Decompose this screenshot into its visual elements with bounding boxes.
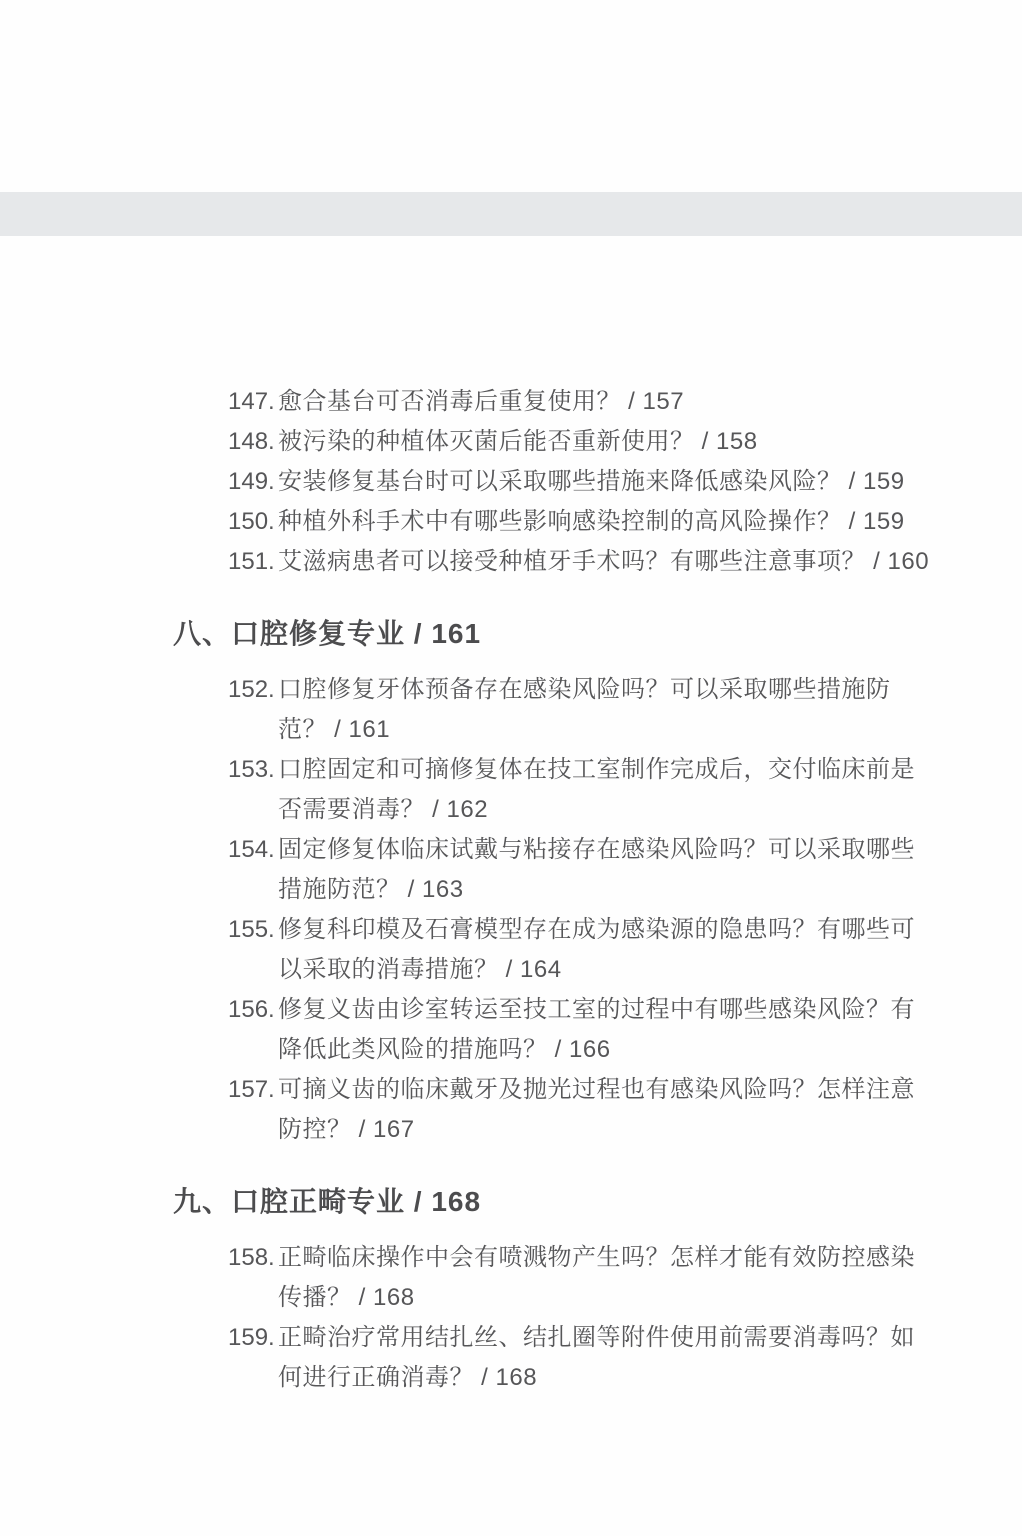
item-number: 156.	[228, 990, 278, 1070]
toc-item: 147. 愈合基台可否消毒后重复使用？ / 157	[228, 382, 1022, 422]
item-number: 154.	[228, 830, 278, 910]
section-heading-prosthodontics: 八、口腔修复专业 / 161	[173, 614, 1022, 654]
toc-item: 151. 艾滋病患者可以接受种植牙手术吗？有哪些注意事项？ / 160	[228, 542, 1022, 582]
item-text: 种植外科手术中有哪些影响感染控制的高风险操作？ / 159	[278, 508, 905, 535]
page-top-divider-band	[0, 192, 1022, 236]
toc-group: 九、口腔正畸专业 / 168 158. 正畸临床操作中会有喷溅物产生吗？怎样才能…	[173, 1182, 1022, 1398]
toc-item: 159. 正畸治疗常用结扎丝、结扎圈等附件使用前需要消毒吗？如 何进行正确消毒？…	[228, 1318, 1022, 1398]
item-text: 固定修复体临床试戴与粘接存在感染风险吗？可以采取哪些	[278, 830, 1022, 870]
item-text: 艾滋病患者可以接受种植牙手术吗？有哪些注意事项？ / 160	[278, 548, 929, 575]
item-number: 151.	[228, 542, 278, 582]
item-text: 口腔修复牙体预备存在感染风险吗？可以采取哪些措施防	[278, 670, 1022, 710]
toc-item: 154. 固定修复体临床试戴与粘接存在感染风险吗？可以采取哪些 措施防范？ / …	[228, 830, 1022, 910]
item-number: 155.	[228, 910, 278, 990]
item-text: 修复义齿由诊室转运至技工室的过程中有哪些感染风险？有	[278, 990, 1022, 1030]
item-number: 159.	[228, 1318, 278, 1398]
item-number: 148.	[228, 422, 278, 462]
table-of-contents: 147. 愈合基台可否消毒后重复使用？ / 157 148. 被污染的种植体灭菌…	[0, 382, 1022, 1398]
item-text: 措施防范？ / 163	[278, 870, 1022, 910]
item-number: 158.	[228, 1238, 278, 1318]
item-number: 152.	[228, 670, 278, 750]
toc-item: 149. 安装修复基台时可以采取哪些措施来降低感染风险？ / 159	[228, 462, 1022, 502]
section-heading-orthodontics: 九、口腔正畸专业 / 168	[173, 1182, 1022, 1222]
item-number: 157.	[228, 1070, 278, 1150]
item-text: 防控？ / 167	[278, 1110, 1022, 1150]
toc-item: 156. 修复义齿由诊室转运至技工室的过程中有哪些感染风险？有 降低此类风险的措…	[228, 990, 1022, 1070]
item-text: 降低此类风险的措施吗？ / 166	[278, 1030, 1022, 1070]
toc-item: 155. 修复科印模及石膏模型存在成为感染源的隐患吗？有哪些可 以采取的消毒措施…	[228, 910, 1022, 990]
toc-item: 157. 可摘义齿的临床戴牙及抛光过程也有感染风险吗？怎样注意 防控？ / 16…	[228, 1070, 1022, 1150]
item-text: 正畸临床操作中会有喷溅物产生吗？怎样才能有效防控感染	[278, 1238, 1022, 1278]
item-text: 修复科印模及石膏模型存在成为感染源的隐患吗？有哪些可	[278, 910, 1022, 950]
book-toc-page: 147. 愈合基台可否消毒后重复使用？ / 157 148. 被污染的种植体灭菌…	[0, 0, 1022, 1536]
item-number: 153.	[228, 750, 278, 830]
item-text: 安装修复基台时可以采取哪些措施来降低感染风险？ / 159	[278, 468, 905, 495]
item-number: 147.	[228, 382, 278, 422]
item-text: 传播？ / 168	[278, 1278, 1022, 1318]
item-text: 范？ / 161	[278, 710, 1022, 750]
toc-item: 153. 口腔固定和可摘修复体在技工室制作完成后，交付临床前是 否需要消毒？ /…	[228, 750, 1022, 830]
item-text: 可摘义齿的临床戴牙及抛光过程也有感染风险吗？怎样注意	[278, 1070, 1022, 1110]
item-text: 口腔固定和可摘修复体在技工室制作完成后，交付临床前是	[278, 750, 1022, 790]
item-text: 何进行正确消毒？ / 168	[278, 1358, 1022, 1398]
item-text: 愈合基台可否消毒后重复使用？ / 157	[278, 388, 684, 415]
toc-item: 152. 口腔修复牙体预备存在感染风险吗？可以采取哪些措施防 范？ / 161	[228, 670, 1022, 750]
item-text: 以采取的消毒措施？ / 164	[278, 950, 1022, 990]
item-text: 被污染的种植体灭菌后能否重新使用？ / 158	[278, 428, 758, 455]
toc-item: 148. 被污染的种植体灭菌后能否重新使用？ / 158	[228, 422, 1022, 462]
item-number: 149.	[228, 462, 278, 502]
item-number: 150.	[228, 502, 278, 542]
toc-item: 150. 种植外科手术中有哪些影响感染控制的高风险操作？ / 159	[228, 502, 1022, 542]
toc-group: 147. 愈合基台可否消毒后重复使用？ / 157 148. 被污染的种植体灭菌…	[173, 382, 1022, 582]
toc-group: 八、口腔修复专业 / 161 152. 口腔修复牙体预备存在感染风险吗？可以采取…	[173, 614, 1022, 1150]
toc-item: 158. 正畸临床操作中会有喷溅物产生吗？怎样才能有效防控感染 传播？ / 16…	[228, 1238, 1022, 1318]
item-text: 否需要消毒？ / 162	[278, 790, 1022, 830]
item-text: 正畸治疗常用结扎丝、结扎圈等附件使用前需要消毒吗？如	[278, 1318, 1022, 1358]
